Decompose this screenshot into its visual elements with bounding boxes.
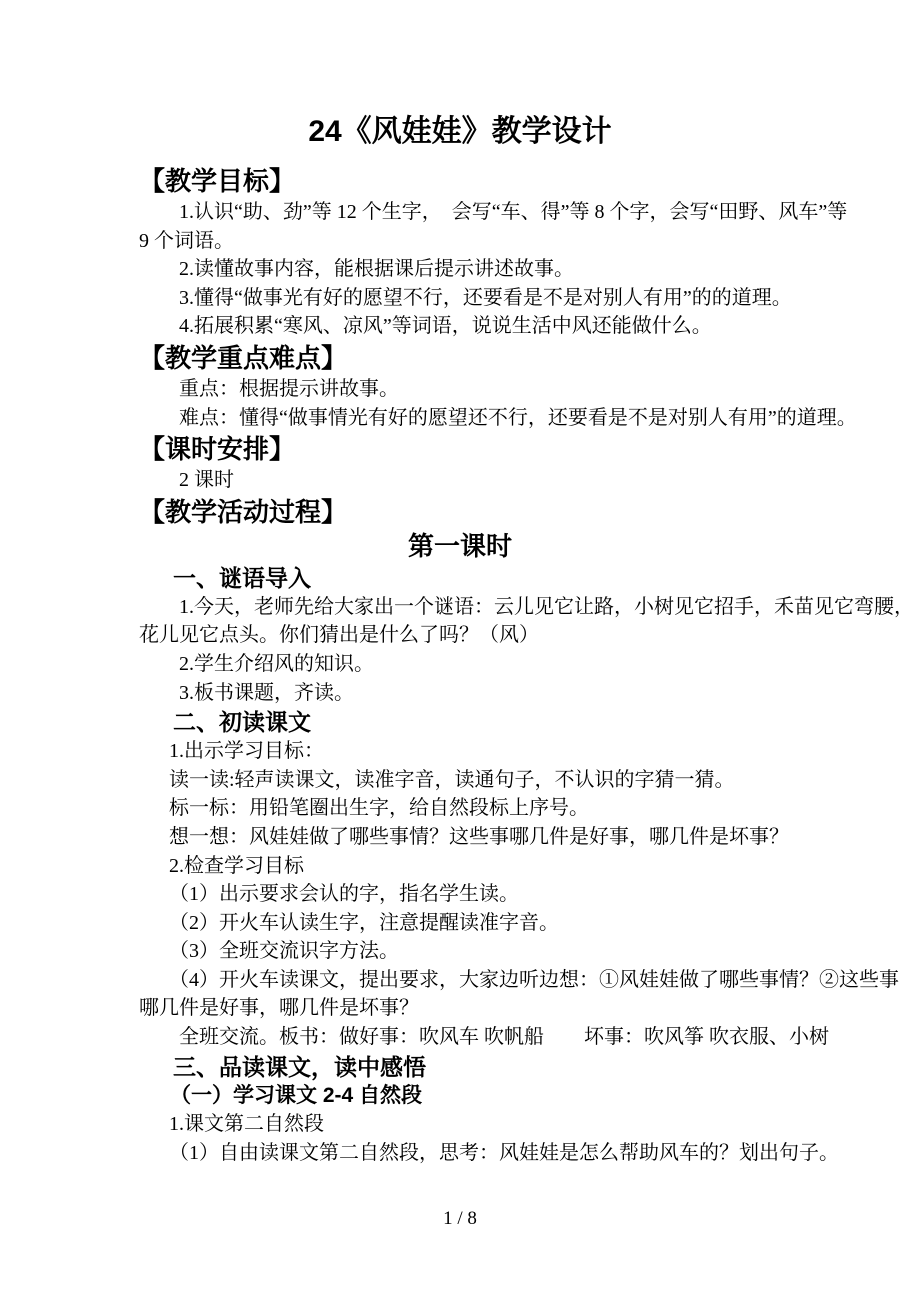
heading-teaching-process: 【教学活动过程】: [139, 495, 781, 529]
document-page: 24《风娃娃》教学设计 【教学目标】 1.认识“助、劲”等 12 个生字， 会写…: [0, 0, 920, 1302]
heading-riddle-intro: 一、谜语导入: [139, 563, 781, 593]
heading-teaching-objectives: 【教学目标】: [139, 164, 781, 198]
doc-line-mark: 标一标：用铅笔圈出生字，给自然段标上序号。: [139, 794, 781, 823]
doc-line-free-read: （1）自由读课文第二自然段，思考：风娃娃是怎么帮助风车的？划出句子。: [139, 1139, 781, 1168]
doc-line-riddle: 1.今天，老师先给大家出一个谜语：云儿见它让路，小树见它招手，禾苗见它弯腰，: [139, 593, 781, 622]
page-number: 1 / 8: [0, 1208, 920, 1230]
doc-line-check-goal: 2.检查学习目标: [139, 852, 781, 881]
doc-line-objective-4: 4.拓展积累“寒风、凉风”等词语，说说生活中风还能做什么。: [139, 312, 781, 341]
doc-line-intro-3: 3.板书课题，齐读。: [139, 679, 781, 708]
heading-read-appreciate: 三、品读课文，读中感悟: [139, 1052, 781, 1082]
doc-line-check-1: （1）出示要求会认的字，指名学生读。: [139, 880, 781, 909]
doc-line-goal-show: 1.出示学习目标：: [139, 737, 781, 766]
heading-first-lesson: 第一课时: [139, 529, 781, 563]
doc-line-objective-1-cont: 9 个词语。: [139, 227, 781, 256]
doc-line-check-4-cont: 哪几件是好事，哪几件是坏事？: [139, 994, 781, 1023]
doc-line-lesson-count: 2 课时: [139, 466, 781, 495]
document-content: 24《风娃娃》教学设计 【教学目标】 1.认识“助、劲”等 12 个生字， 会写…: [0, 0, 920, 1167]
doc-line-intro-2: 2.学生介绍风的知识。: [139, 650, 781, 679]
doc-line-key-point: 重点：根据提示讲故事。: [139, 375, 781, 404]
heading-key-difficult-points: 【教学重点难点】: [139, 341, 781, 375]
doc-line-check-2: （2）开火车认读生字，注意提醒读准字音。: [139, 909, 781, 938]
doc-line-paragraph-2: 1.课文第二自然段: [139, 1110, 781, 1139]
doc-line-objective-2: 2.读懂故事内容，能根据课后提示讲述故事。: [139, 255, 781, 284]
doc-line-objective-3: 3.懂得“做事光有好的愿望不行，还要看是不是对别人有用”的的道理。: [139, 284, 781, 313]
doc-line-objective-1: 1.认识“助、劲”等 12 个生字， 会写“车、得”等 8 个字，会写“田野、风…: [139, 198, 781, 227]
doc-line-read: 读一读:轻声读课文，读准字音，读通句子，不认识的字猜一猜。: [139, 766, 781, 795]
doc-line-board-summary: 全班交流。板书：做好事：吹风车 吹帆船 坏事：吹风筝 吹衣服、小树: [139, 1023, 781, 1052]
heading-lesson-schedule: 【课时安排】: [139, 432, 781, 466]
heading-first-reading: 二、初读课文: [139, 707, 781, 737]
document-title: 24《风娃娃》教学设计: [139, 110, 781, 154]
doc-line-difficult-point: 难点：懂得“做事情光有好的愿望还不行，还要看是不是对别人有用”的道理。: [139, 404, 781, 433]
doc-line-check-4: （4）开火车读课文，提出要求，大家边听边想：①风娃娃做了哪些事情？②这些事: [139, 966, 781, 995]
doc-line-think: 想一想：风娃娃做了哪些事情？这些事哪几件是好事，哪几件是坏事？: [139, 823, 781, 852]
doc-line-check-3: （3）全班交流识字方法。: [139, 937, 781, 966]
doc-line-riddle-cont: 花儿见它点头。你们猜出是什么了吗？（风）: [139, 621, 781, 650]
heading-study-paragraphs-2-4: （一）学习课文 2-4 自然段: [139, 1082, 781, 1111]
